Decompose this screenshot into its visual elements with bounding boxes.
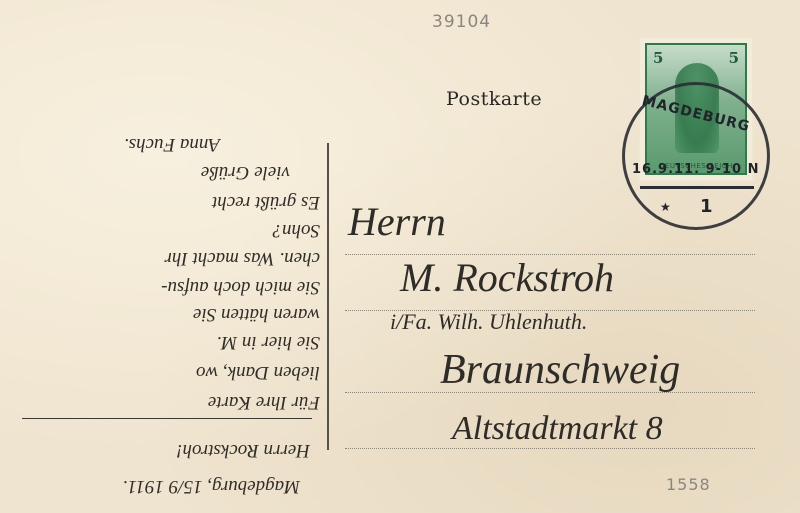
message-salutation: Herrn Rockstroh! [176,439,310,461]
address-city: Braunschweig [440,346,680,394]
message-line: waren hätten Sie [193,303,320,325]
postcard-back: 39104 Postkarte 5 5 DEUTSCHES REICH MAGD… [0,0,800,513]
postmark-number: 1 [700,196,713,217]
postcard-title: Postkarte [446,88,542,110]
address-care-of: i/Fa. Wilh. Uhlenhuth. [390,309,587,335]
postmark-bar [640,186,754,189]
stamp-value-left: 5 [653,49,663,67]
message-line: Sie mich doch aufsu- [161,276,320,298]
address-street: Altstadtmarkt 8 [452,410,663,448]
message-signature: Anna Fuchs. [124,133,220,155]
message-line: Sohn? [273,219,321,241]
message-line: chen. Was macht Ihr [165,247,321,269]
handwritten-message: Magdeburg, 15/9 1911. Herrn Rockstroh! F… [10,125,320,505]
address-rule-4 [345,448,755,449]
archive-number-top: 39104 [432,12,491,32]
message-date: Magdeburg, 15/9 1911. [123,475,300,497]
message-line: viele Grüße [201,161,290,183]
message-line: lieben Dank, wo [196,361,320,383]
message-line: Sie hier in M. [217,331,320,353]
address-salutation: Herrn [348,198,446,245]
address-name: M. Rockstroh [400,254,614,301]
center-divider [327,143,329,450]
message-underline [22,418,312,419]
stamp-value-right: 5 [729,49,739,67]
message-line: Für Ihre Karte [208,391,320,413]
postmark-date: 16.9.11. 9-10 N [632,162,760,177]
postmark-star-icon: ★ [660,200,671,214]
archive-number-bottom: 1558 [666,475,711,494]
message-line: Es grüßt recht [212,191,320,213]
